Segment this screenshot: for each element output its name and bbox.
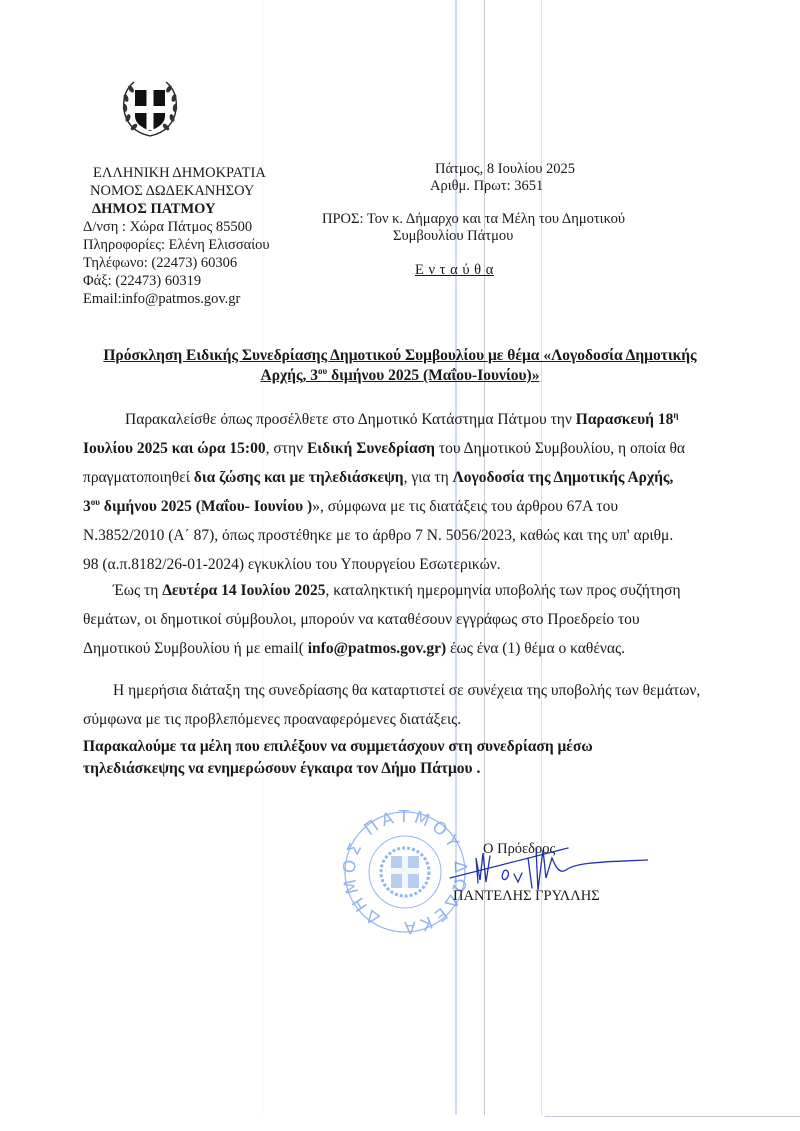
prefecture-label: ΝΟΜΟΣ ΔΩΔΕΚΑΝΗΣΟΥ	[90, 182, 254, 201]
document-title-line-2: Αρχής, 3ου διμήνου 2025 (Μαΐου-Ιουνίου)»	[0, 366, 800, 386]
paragraph-teleconference-request: Παρακαλούμε τα μέλη που επιλέξουν να συμ…	[83, 736, 723, 780]
document-title-line-1: Πρόσκληση Ειδικής Συνεδρίασης Δημοτικού …	[0, 346, 800, 366]
paragraph-agenda: Η ημερήσια διάταξη της συνεδρίασης θα κα…	[83, 676, 723, 734]
email-text: Email:info@patmos.gov.gr	[83, 290, 240, 309]
recipient-line-1: ΠΡΟΣ: Τον κ. Δήμαρχο και τα Μέλη του Δημ…	[322, 210, 625, 228]
protocol-number: Αριθμ. Πρωτ: 3651	[430, 177, 543, 195]
info-contact-text: Πληροφορίες: Ελένη Ελισσαίου	[83, 236, 270, 255]
phone-text: Τηλέφωνο: (22473) 60306	[83, 254, 237, 273]
greek-coat-of-arms-icon	[119, 78, 181, 140]
paragraph-submission-deadline: Έως τη Δευτέρα 14 Ιουλίου 2025, καταληκτ…	[83, 576, 723, 663]
scan-edge-line	[545, 1116, 800, 1117]
republic-label: ΕΛΛΗΝΙΚΗ ΔΗΜΟΚΡΑΤΙΑ	[93, 164, 266, 183]
fax-text: Φάξ: (22473) 60319	[83, 272, 201, 291]
municipality-label: ΔΗΜΟΣ ΠΑΤΜΟΥ	[92, 200, 216, 219]
location-label: Ε ν τ α ύ θ α	[415, 261, 494, 279]
recipient-line-2: Συμβουλίου Πάτμου	[393, 227, 513, 245]
place-date: Πάτμος, 8 Ιουλίου 2025	[435, 160, 575, 178]
paragraph-invitation: Παρακαλείσθε όπως προσέλθετε στο Δημοτικ…	[83, 405, 723, 579]
address-text: Δ/νση : Χώρα Πάτμος 85500	[83, 218, 252, 237]
signatory-name: ΠΑΝΤΕΛΗΣ ΓΡΥΛΛΗΣ	[453, 887, 600, 905]
email-link[interactable]: info@patmos.gov.gr)	[308, 640, 446, 657]
